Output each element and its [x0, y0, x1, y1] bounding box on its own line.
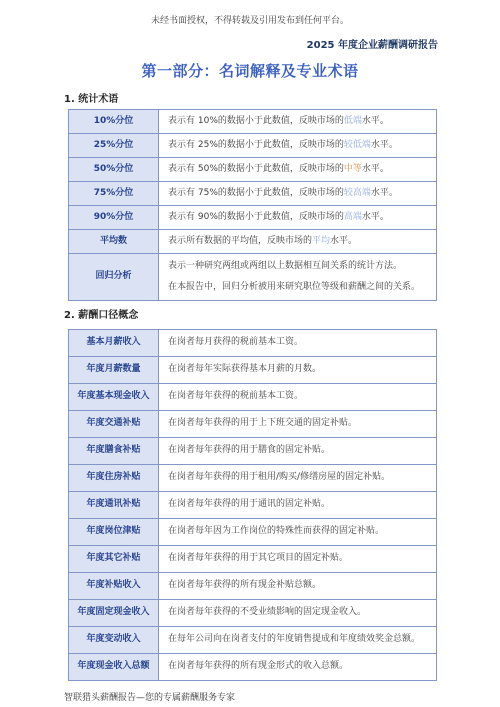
definition-cell: 表示一种研究两组或两组以上数据相互间关系的统计方法。 在本报告中，回归分析被用来…: [159, 254, 437, 301]
term-cell: 年度通讯补贴: [69, 492, 159, 519]
definition-text: 表示所有数据的平均值，反映市场的: [168, 236, 312, 246]
definition-cell: 表示有 25%的数据小于此数值，反映市场的较低端水平。: [159, 134, 437, 158]
definition-cell: 在岗者每年获得的用于租用/购买/修缮房屋的固定补贴。: [159, 465, 437, 492]
highlight-term: 平均: [312, 236, 330, 246]
table-row: 年度变动收入 在每年公司向在岗者支付的年度销售提成和年度绩效奖金总额。: [69, 627, 437, 654]
term-cell: 年度膳食补贴: [69, 438, 159, 465]
table-row: 年度其它补贴 在岗者每年获得的用于其它项目的固定补贴。: [69, 546, 437, 573]
definition-cell: 在岗者每年因为工作岗位的特殊性而获得的固定补贴。: [159, 519, 437, 546]
term-cell: 基本月薪收入: [69, 330, 159, 357]
table-row: 平均数 表示所有数据的平均值，反映市场的平均水平。: [69, 230, 437, 254]
section-heading-statistics: 1. 统计术语: [64, 90, 118, 105]
term-cell: 年度现金收入总额: [69, 654, 159, 681]
term-cell: 平均数: [69, 230, 159, 254]
definition-cell: 表示有 75%的数据小于此数值，反映市场的较高端水平。: [159, 182, 437, 206]
term-cell: 年度住房补贴: [69, 465, 159, 492]
table-row: 年度基本现金收入 在岗者每年获得的税前基本工资。: [69, 384, 437, 411]
term-cell: 90%分位: [69, 206, 159, 230]
table-row: 年度岗位津贴 在岗者每年因为工作岗位的特殊性而获得的固定补贴。: [69, 519, 437, 546]
highlight-term: 较低端: [344, 140, 371, 150]
copyright-disclaimer: 未经书面授权，不得转载及引用发布到任何平台。: [0, 13, 500, 26]
definition-cell: 表示有 10%的数据小于此数值，反映市场的低端水平。: [159, 110, 437, 134]
table-row: 基本月薪收入 在岗者每月获得的税前基本工资。: [69, 330, 437, 357]
definition-cell: 在岗者每月获得的税前基本工资。: [159, 330, 437, 357]
definition-text: 表示有 25%的数据小于此数值，反映市场的: [168, 140, 344, 150]
definition-text: 表示有 75%的数据小于此数值，反映市场的: [168, 188, 344, 198]
definition-cell: 在岗者每年获得的用于其它项目的固定补贴。: [159, 546, 437, 573]
section-heading-pay-concepts: 2. 薪酬口径概念: [64, 306, 138, 321]
definition-text: 在本报告中，回归分析被用来研究职位等级和薪酬之间的关系。: [168, 282, 432, 293]
definition-text: 水平。: [371, 140, 398, 150]
term-cell: 年度交通补贴: [69, 411, 159, 438]
term-cell: 年度固定现金收入: [69, 600, 159, 627]
definition-text: 表示有 50%的数据小于此数值，反映市场的: [168, 164, 344, 174]
definition-text: 水平。: [371, 188, 398, 198]
definition-text: 表示有 90%的数据小于此数值，反映市场的: [168, 212, 344, 222]
term-cell: 年度基本现金收入: [69, 384, 159, 411]
definition-cell: 在岗者每年获得的不受业绩影响的固定现金收入。: [159, 600, 437, 627]
table-row: 年度膳食补贴 在岗者每年获得的用于膳食的固定补贴。: [69, 438, 437, 465]
definition-cell: 表示有 50%的数据小于此数值，反映市场的中等水平。: [159, 158, 437, 182]
definition-cell: 在岗者每年获得的税前基本工资。: [159, 384, 437, 411]
highlight-term: 高端: [344, 212, 362, 222]
term-cell: 年度其它补贴: [69, 546, 159, 573]
definition-cell: 表示有 90%的数据小于此数值，反映市场的高端水平。: [159, 206, 437, 230]
definition-text: 表示一种研究两组或两组以上数据相互间关系的统计方法。: [168, 261, 432, 272]
definition-cell: 在岗者每年获得的用于通讯的固定补贴。: [159, 492, 437, 519]
definition-cell: 表示所有数据的平均值，反映市场的平均水平。: [159, 230, 437, 254]
highlight-term: 中等: [344, 164, 362, 174]
definition-cell: 在岗者每年获得的所有现金形式的收入总额。: [159, 654, 437, 681]
definition-text: 表示有 10%的数据小于此数值，反映市场的: [168, 116, 344, 126]
term-cell: 25%分位: [69, 134, 159, 158]
term-cell: 年度月薪数量: [69, 357, 159, 384]
table-row: 年度住房补贴 在岗者每年获得的用于租用/购买/修缮房屋的固定补贴。: [69, 465, 437, 492]
table-row: 年度固定现金收入 在岗者每年获得的不受业绩影响的固定现金收入。: [69, 600, 437, 627]
footer-slogan: 智联猎头薪酬报告—您的专属薪酬服务专家: [64, 690, 235, 703]
table-row: 年度交通补贴 在岗者每年获得的用于上下班交通的固定补贴。: [69, 411, 437, 438]
definition-text: 水平。: [362, 116, 389, 126]
table-row: 50%分位 表示有 50%的数据小于此数值，反映市场的中等水平。: [69, 158, 437, 182]
definition-text: 水平。: [362, 164, 389, 174]
term-cell: 50%分位: [69, 158, 159, 182]
statistics-terms-table: 10%分位 表示有 10%的数据小于此数值，反映市场的低端水平。 25%分位 表…: [68, 109, 437, 301]
table-row: 回归分析 表示一种研究两组或两组以上数据相互间关系的统计方法。 在本报告中，回归…: [69, 254, 437, 301]
highlight-term: 低端: [344, 116, 362, 126]
table-row: 年度通讯补贴 在岗者每年获得的用于通讯的固定补贴。: [69, 492, 437, 519]
table-row: 年度补贴收入 在岗者每年获得的所有现金补贴总额。: [69, 573, 437, 600]
pay-concepts-table: 基本月薪收入 在岗者每月获得的税前基本工资。 年度月薪数量 在岗者每年实际获得基…: [68, 329, 437, 681]
definition-cell: 在每年公司向在岗者支付的年度销售提成和年度绩效奖金总额。: [159, 627, 437, 654]
table-row: 年度现金收入总额 在岗者每年获得的所有现金形式的收入总额。: [69, 654, 437, 681]
term-cell: 10%分位: [69, 110, 159, 134]
table-row: 25%分位 表示有 25%的数据小于此数值，反映市场的较低端水平。: [69, 134, 437, 158]
table-row: 年度月薪数量 在岗者每年实际获得基本月薪的月数。: [69, 357, 437, 384]
term-cell: 回归分析: [69, 254, 159, 301]
term-cell: 年度岗位津贴: [69, 519, 159, 546]
table-row: 90%分位 表示有 90%的数据小于此数值，反映市场的高端水平。: [69, 206, 437, 230]
definition-cell: 在岗者每年获得的用于上下班交通的固定补贴。: [159, 411, 437, 438]
report-title: 2025 年度企业薪酬调研报告: [307, 36, 438, 51]
definition-cell: 在岗者每年获得的用于膳食的固定补贴。: [159, 438, 437, 465]
page-title: 第一部分：名词解释及专业术语: [0, 60, 500, 81]
definition-cell: 在岗者每年实际获得基本月薪的月数。: [159, 357, 437, 384]
report-page: 未经书面授权，不得转载及引用发布到任何平台。 2025 年度企业薪酬调研报告 第…: [0, 0, 500, 707]
definition-cell: 在岗者每年获得的所有现金补贴总额。: [159, 573, 437, 600]
definition-text: 水平。: [330, 236, 357, 246]
table-row: 75%分位 表示有 75%的数据小于此数值，反映市场的较高端水平。: [69, 182, 437, 206]
highlight-term: 较高端: [344, 188, 371, 198]
table-row: 10%分位 表示有 10%的数据小于此数值，反映市场的低端水平。: [69, 110, 437, 134]
term-cell: 年度变动收入: [69, 627, 159, 654]
term-cell: 年度补贴收入: [69, 573, 159, 600]
definition-text: 水平。: [362, 212, 389, 222]
term-cell: 75%分位: [69, 182, 159, 206]
